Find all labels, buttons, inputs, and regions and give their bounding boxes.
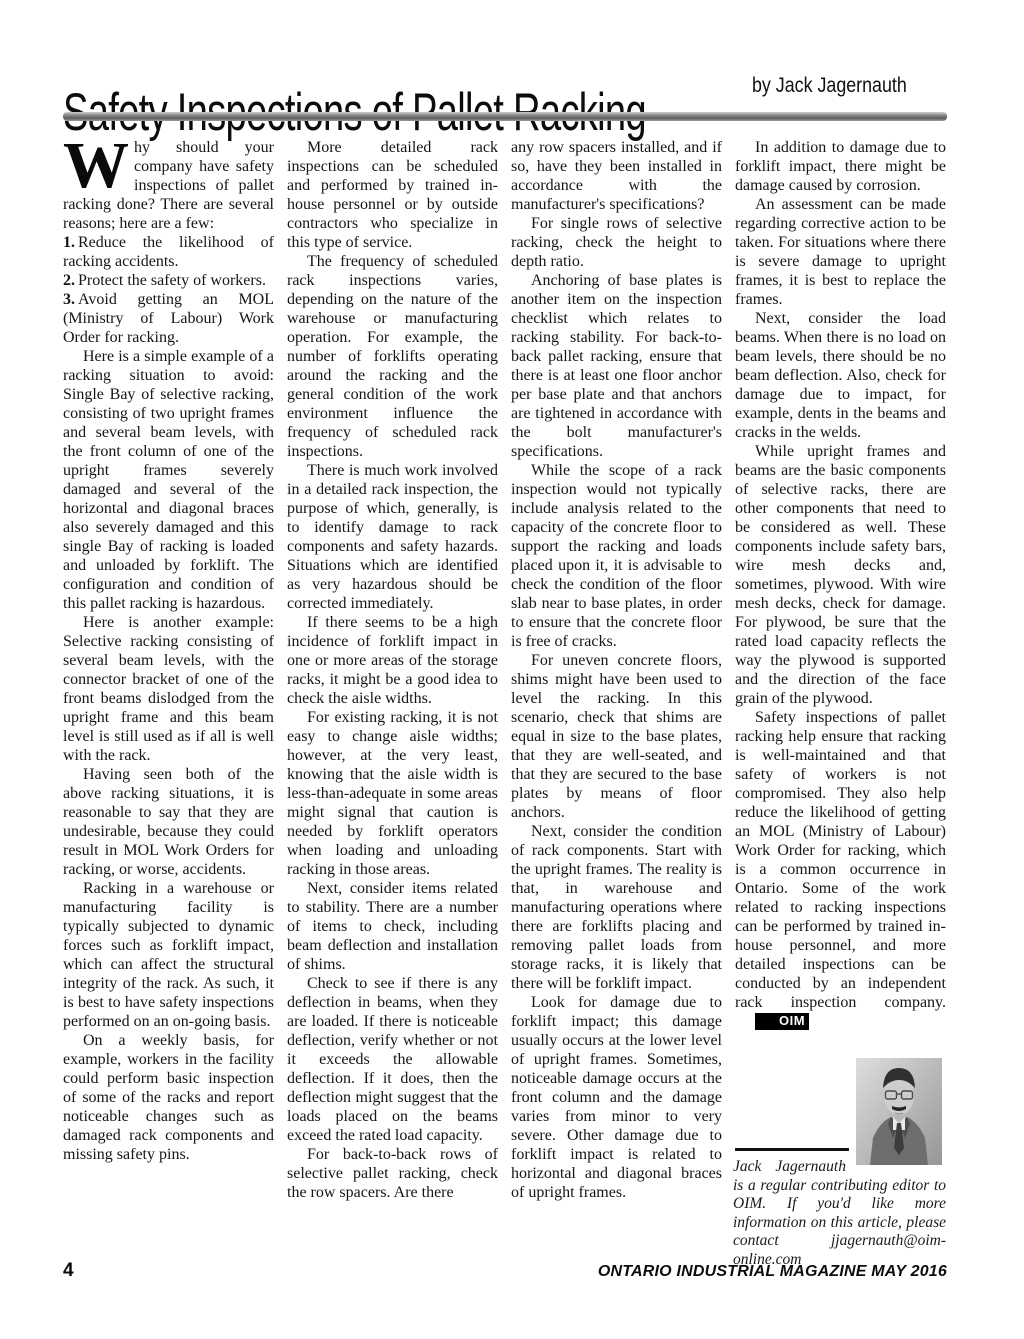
list-text: Reduce the likelihood of racking acciden…	[63, 234, 274, 270]
continuation-paragraph: any row spacers installed, and if so, ha…	[511, 138, 722, 214]
bio-divider-rule	[735, 1148, 849, 1151]
paragraph: If there seems to be a high incidence of…	[287, 613, 498, 708]
magazine-footer-text: ONTARIO INDUSTRIAL MAGAZINE MAY 2016	[598, 1263, 947, 1281]
paragraph: For back-to-back rows of selective palle…	[287, 1145, 498, 1202]
opening-paragraph: Why should your company have safety insp…	[63, 138, 274, 233]
paragraph: Here is a simple example of a racking si…	[63, 347, 274, 613]
paragraph: Having seen both of the above racking si…	[63, 765, 274, 879]
list-number: 1.	[63, 234, 75, 251]
paragraph: Racking in a warehouse or manufacturing …	[63, 879, 274, 1031]
paragraph: Anchoring of base plates is another item…	[511, 271, 722, 461]
author-bio-text: Jack Jagernauth is a regular contributin…	[733, 1158, 946, 1268]
list-text: Avoid getting an MOL (Ministry of Labour…	[63, 291, 274, 346]
paragraph: There is much work involved in a detaile…	[287, 461, 498, 613]
closing-paragraph: Safety inspections of pallet racking hel…	[735, 708, 946, 1031]
list-text: Protect the safety of workers.	[78, 272, 266, 289]
drop-cap: W	[63, 138, 134, 191]
paragraph: Here is another example: Selective racki…	[63, 613, 274, 765]
paragraph: Look for damage due to forklift impact; …	[511, 993, 722, 1202]
list-item-2: 2.Protect the safety of workers.	[63, 271, 274, 290]
oim-end-badge: OIM	[755, 1013, 809, 1030]
article-byline: by Jack Jagernauth	[752, 74, 907, 98]
paragraph: On a weekly basis, for example, workers …	[63, 1031, 274, 1164]
bio-photo-spacer	[846, 1158, 946, 1166]
page-number: 4	[63, 1260, 74, 1282]
paragraph: Next, consider the load beams. When ther…	[735, 309, 946, 442]
paragraph: For single rows of selective racking, ch…	[511, 214, 722, 271]
author-bio: Jack Jagernauth is a regular contributin…	[733, 1158, 946, 1269]
paragraph: More detailed rack inspections can be sc…	[287, 138, 498, 252]
paragraph: While upright frames and beams are the b…	[735, 442, 946, 708]
paragraph: While the scope of a rack inspection wou…	[511, 461, 722, 651]
text-column-1: Why should your company have safety insp…	[63, 138, 274, 1260]
closing-text: Safety inspections of pallet racking hel…	[735, 709, 946, 1011]
paragraph: The frequency of scheduled rack inspecti…	[287, 252, 498, 461]
magazine-page: Safety Inspections of Pallet Racking by …	[0, 0, 1024, 1339]
text-column-3: any row spacers installed, and if so, ha…	[511, 138, 722, 1260]
paragraph: Next, consider the condition of rack com…	[511, 822, 722, 993]
page-footer: 4 ONTARIO INDUSTRIAL MAGAZINE MAY 2016	[63, 1260, 947, 1282]
paragraph: For uneven concrete floors, shims might …	[511, 651, 722, 822]
author-photo	[856, 1058, 942, 1165]
paragraph: Check to see if there is any deflection …	[287, 974, 498, 1145]
paragraph: In addition to damage due to forklift im…	[735, 138, 946, 195]
list-item-1: 1.Reduce the likelihood of racking accid…	[63, 233, 274, 271]
article-columns: Why should your company have safety insp…	[63, 138, 947, 1260]
list-number: 2.	[63, 272, 75, 289]
paragraph: An assessment can be made regarding corr…	[735, 195, 946, 309]
paragraph: Next, consider items related to stabilit…	[287, 879, 498, 974]
text-column-2: More detailed rack inspections can be sc…	[287, 138, 498, 1260]
title-divider-rule	[63, 112, 947, 121]
paragraph: For existing racking, it is not easy to …	[287, 708, 498, 879]
list-item-3: 3.Avoid getting an MOL (Ministry of Labo…	[63, 290, 274, 347]
list-number: 3.	[63, 291, 75, 308]
